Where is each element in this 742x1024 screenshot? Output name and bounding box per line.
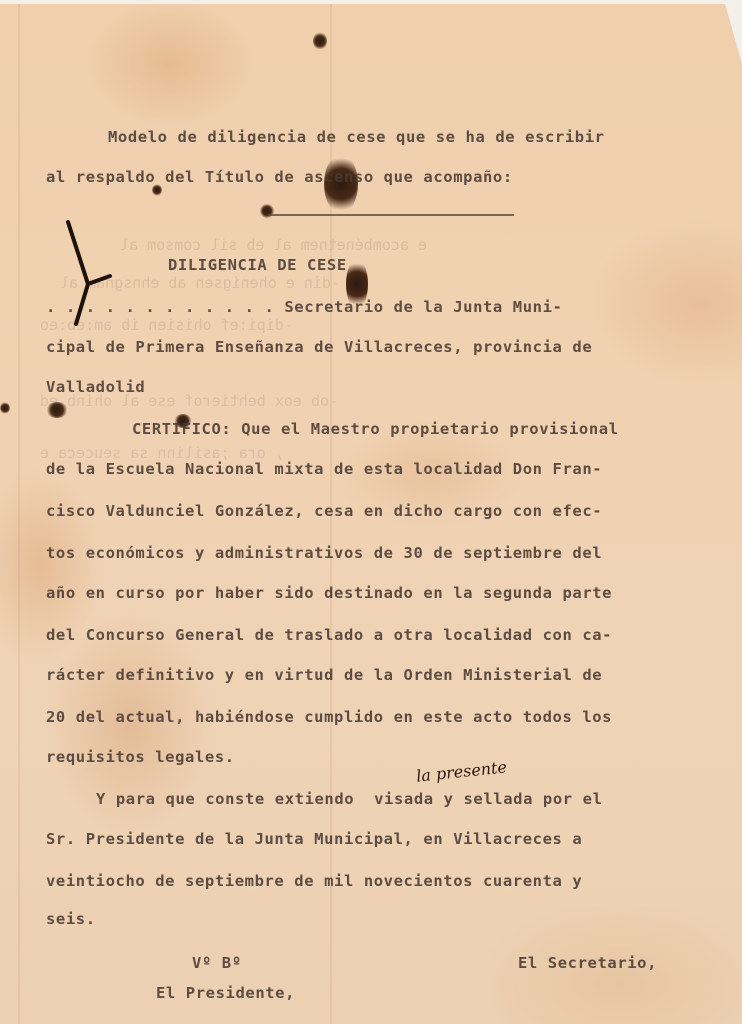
body-line: Sr. Presidente de la Junta Municipal, en… [46,830,582,848]
ink-scribble [58,214,118,334]
header-line-1: Modelo de diligencia de cese que se ha d… [108,128,605,146]
body-line: seis. [46,910,96,928]
body-line: requisitos legales. [46,748,235,766]
document-title: DILIGENCIA DE CESE [168,256,347,274]
body-line: Valladolid [46,378,145,396]
vobo-label: Vº Bº [192,954,242,972]
body-line: CERTIFICO: Que el Maestro propietario pr… [132,420,619,438]
ink-stain [46,402,68,418]
ink-stain [313,32,327,50]
body-line: . . . . . . . . . . . . Secretario de la… [46,298,562,316]
paper-fold [18,4,20,1024]
body-line: Y para que conste extiendo visada y sell… [96,790,603,808]
document-page: e acombénetnem al eb sil comsom al -din … [0,4,742,1024]
secretary-signature-label: El Secretario, [518,954,657,972]
handwritten-insertion: la presente [415,757,507,785]
president-signature-label: El Presidente, [156,984,295,1002]
body-line: cisco Valdunciel González, cesa en dicho… [46,502,602,520]
body-line: del Concurso General de traslado a otra … [46,626,612,644]
body-line: año en curso por haber sido destinado en… [46,584,612,602]
header-line-2: al respaldo del Título de ascenso que ac… [46,168,513,186]
body-line: tos económicos y administrativos de 30 d… [46,544,602,562]
body-line: 20 del actual, habiéndose cumplido en es… [46,708,612,726]
separator-rule [268,214,514,216]
body-line: de la Escuela Nacional mixta de esta loc… [46,460,602,478]
body-line: cipal de Primera Enseñanza de Villacrece… [46,338,592,356]
ink-stain [0,402,10,414]
body-line: veintiocho de septiembre de mil novecien… [46,872,582,890]
body-line: rácter definitivo y en virtud de la Orde… [46,666,602,684]
bleed-through-text: e acombénetnem al eb sil comsom al [120,236,427,254]
